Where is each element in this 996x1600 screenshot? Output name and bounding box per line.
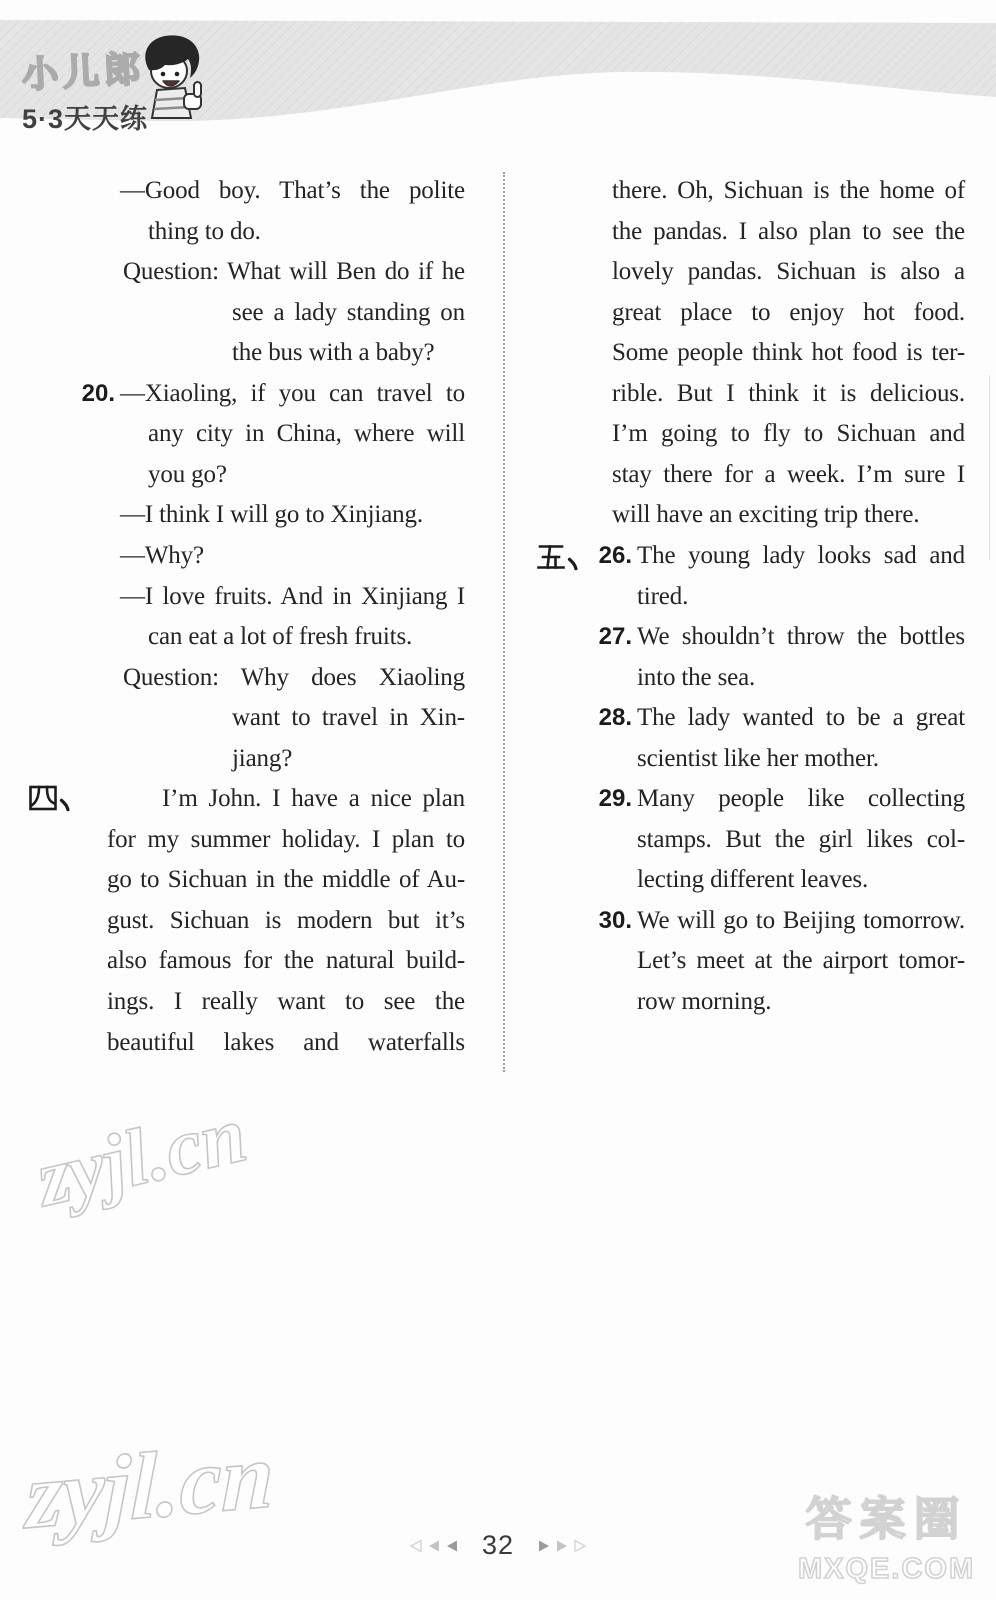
transcript-line: the bus with a baby? [232, 332, 465, 373]
watermark-zyjl-middle: zyjl.cn [28, 1089, 254, 1225]
transcript-line: rible. But I think it is delicious. [612, 373, 965, 414]
cjk-four-glyph-icon [28, 783, 58, 813]
scan-artifact-line [989, 375, 990, 560]
page-number: 32 [482, 1530, 514, 1561]
transcript-line: the pandas. I also plan to see the [612, 211, 965, 252]
transcript-line: I’m John. I have a nice plan [162, 778, 465, 819]
transcript-line: —Good boy. That’s the polite [120, 170, 465, 211]
transcript-line: 27.We shouldn’t throw the bottles [637, 616, 965, 657]
section-marker-four: 四、 [28, 783, 72, 813]
transcript-line: you go? [148, 454, 465, 495]
column-divider [503, 172, 505, 1072]
mxqe-site-text: MXQE.COM [798, 1553, 975, 1586]
transcript-line: thing to do. [148, 211, 465, 252]
watermark-zyjl-bottom: zyjl.cn [26, 1421, 275, 1551]
transcript-line: stamps. But the girl likes col- [637, 819, 965, 860]
transcript-line: want to travel in Xin- [232, 697, 465, 738]
item-number: 30. [599, 900, 632, 941]
transcript-line: scientist like her mother. [637, 738, 965, 779]
item-number: 28. [599, 697, 632, 738]
transcript-line: lecting different leaves. [637, 859, 965, 900]
brand-name: 小儿郎 [21, 41, 150, 99]
transcript-line: 30.We will go to Beijing tomorrow. [637, 900, 965, 941]
transcript-line: —I think I will go to Xinjiang. [120, 494, 465, 535]
item-number: 29. [599, 778, 632, 819]
transcript-line: into the sea. [637, 657, 965, 698]
scanned-answer-page: 小儿郎 5·3天天练 —Good boy. That’s the politet… [0, 0, 996, 1600]
transcript-line: Some people think hot food is ter- [612, 332, 965, 373]
transcript-line: see a lady standing on [232, 292, 465, 333]
transcript-line: tired. [637, 576, 965, 617]
transcript-line: any city in China, where will [148, 413, 465, 454]
transcript-line: great place to enjoy hot food. [612, 292, 965, 333]
prev-pages-icon [408, 1538, 464, 1554]
transcript-line: stay there for a week. I’m sure I [612, 454, 965, 495]
transcript-line: 28.The lady wanted to be a great [637, 697, 965, 738]
cjk-comma-icon [566, 556, 580, 572]
transcript-line: gust. Sichuan is modern but it’s [107, 900, 465, 941]
series-title: 5·3天天练 [22, 97, 148, 136]
section-marker-five: 五、 [536, 542, 580, 572]
item-number: 20. [82, 373, 115, 414]
transcript-line: for my summer holiday. I plan to [107, 819, 465, 860]
transcript-line: can eat a lot of fresh fruits. [148, 616, 465, 657]
mxqe-badge-text: 答案圈 [798, 1483, 975, 1549]
item-number: 26. [599, 535, 632, 576]
transcript-line: jiang? [232, 738, 465, 779]
transcript-line: lovely pandas. Sichuan is also a [612, 251, 965, 292]
transcript-line: beautiful lakes and waterfalls [107, 1022, 465, 1063]
transcript-line: —I love fruits. And in Xinjiang I [120, 576, 465, 617]
mxqe-watermark: 答案圈 MXQE.COM [798, 1483, 975, 1586]
transcript-line: also famous for the natural build- [107, 940, 465, 981]
next-pages-icon [532, 1538, 588, 1554]
cjk-five-glyph-icon [536, 542, 566, 572]
transcript-line: ings. I really want to see the [107, 981, 465, 1022]
transcript-line: 20.—Xiaoling, if you can travel to [120, 373, 465, 414]
transcript-line: Let’s meet at the airport tomor- [637, 940, 965, 981]
transcript-line: will have an exciting trip there. [612, 494, 965, 535]
item-number: 27. [599, 616, 632, 657]
cjk-comma-icon [58, 797, 72, 813]
brand-logo: 小儿郎 5·3天天练 [22, 44, 148, 136]
transcript-line: go to Sichuan in the middle of Au- [107, 859, 465, 900]
transcript-line: row morning. [637, 981, 965, 1022]
mascot-boy-icon [138, 32, 210, 126]
transcript-line: I’m going to fly to Sichuan and [612, 413, 965, 454]
transcript-line: 26.The young lady looks sad and [637, 535, 965, 576]
transcript-line: Question: Why does Xiaoling [123, 657, 465, 698]
transcript-line: 29.Many people like collecting [637, 778, 965, 819]
transcript-line: there. Oh, Sichuan is the home of [612, 170, 965, 211]
transcript-line: Question: What will Ben do if he [123, 251, 465, 292]
transcript-line: —Why? [120, 535, 465, 576]
pagination: 32 [398, 1530, 598, 1561]
